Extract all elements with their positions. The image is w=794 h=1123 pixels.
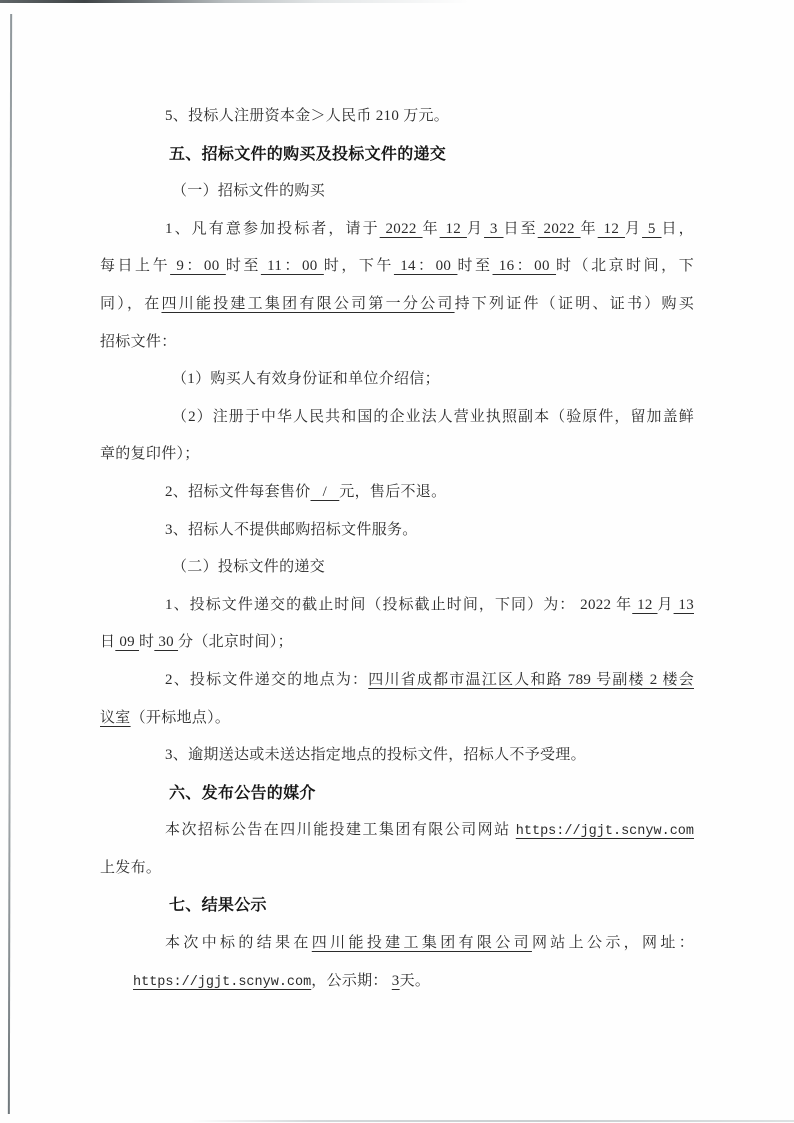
text-run: 2、招标文件每套售价 (165, 484, 311, 500)
text-run: 时（北京时间，下 (556, 258, 694, 274)
text-run: 时，下午 (324, 258, 394, 274)
text-run: 月 (658, 597, 674, 613)
document-body: 5、投标人注册资本金＞人民币 210 万元。五、招标文件的购买及投标文件的递交（… (100, 98, 694, 1000)
url-text[interactable]: https://jgjt.scnyw.com (516, 824, 694, 839)
text-run: 5、投标人注册资本金＞人民币 210 万元。 (165, 108, 449, 124)
text-line: 本次招标公告在四川能投建工集团有限公司网站 https://jgjt.scnyw… (100, 812, 694, 850)
text-line: （2）注册于中华人民共和国的企业法人营业执照副本（验原件，留加盖鲜 (100, 399, 694, 437)
text-line: 议室（开标地点）。 (100, 700, 694, 738)
text-run: 持下列证件（证明、证书）购买 (455, 296, 694, 312)
scan-bottom-edge-artifact (190, 1120, 794, 1122)
text-line: 1、投标文件递交的截止时间（投标截止时间，下同）为： 2022 年 12 月 1… (100, 587, 694, 625)
text-run: 上发布。 (100, 860, 161, 876)
underlined-text-run: 12 (598, 221, 625, 237)
text-line: 招标文件： (100, 324, 694, 362)
text-run: 天。 (400, 973, 431, 989)
text-line: 上发布。 (100, 850, 694, 888)
underlined-text-run: 2022 (380, 221, 423, 237)
underlined-text-run: 12 (632, 597, 657, 613)
document-page: 5、投标人注册资本金＞人民币 210 万元。五、招标文件的购买及投标文件的递交（… (0, 0, 794, 1123)
text-line: 七、结果公示 (100, 887, 694, 925)
scan-left-edge-line (8, 14, 12, 1114)
text-run: （开标地点）。 (131, 710, 231, 726)
underlined-text-run: 2022 (538, 221, 581, 237)
text-run: 时 (139, 634, 154, 650)
scan-top-edge-artifact (0, 0, 470, 3)
text-run: 时至 (457, 258, 492, 274)
text-run: 每日上午 (100, 258, 170, 274)
text-line: （二）投标文件的递交 (100, 549, 694, 587)
underlined-text-run: 议室 (100, 710, 131, 726)
text-run: （二）投标文件的递交 (172, 559, 325, 575)
text-line: 每日上午 9：00 时至 11：00 时，下午 14：00 时至 16：00 时… (100, 248, 694, 286)
text-run: 月 (625, 221, 642, 237)
underlined-text-run: 3 (484, 221, 503, 237)
text-run: 1、投标文件递交的截止时间（投标截止时间，下同）为： 2022 年 (165, 597, 632, 613)
underlined-text-run: 16：00 (493, 258, 557, 274)
text-run: 日 (100, 634, 115, 650)
text-run: 日至 (504, 221, 538, 237)
text-line: 3、逾期送达或未送达指定地点的投标文件，招标人不予受理。 (100, 737, 694, 775)
text-line: 5、投标人注册资本金＞人民币 210 万元。 (100, 98, 694, 136)
underlined-text-run: 13 (674, 597, 694, 613)
underlined-text-run: 四川省成都市温江区人和路 789 号副楼 2 楼会 (368, 672, 694, 688)
text-line: 2、投标文件递交的地点为：四川省成都市温江区人和路 789 号副楼 2 楼会 (100, 662, 694, 700)
underlined-text-run: 5 (642, 221, 661, 237)
text-run: 六、发布公告的媒介 (169, 785, 316, 802)
url-text[interactable]: https://jgjt.scnyw.com (133, 975, 311, 990)
text-line: 本次中标的结果在四川能投建工集团有限公司网站上公示，网址： (100, 925, 694, 963)
text-run: 网站上公示，网址： (532, 935, 694, 951)
underlined-text-run: 3 (392, 973, 400, 989)
text-run: （2）注册于中华人民共和国的企业法人营业执照副本（验原件，留加盖鲜 (172, 409, 694, 425)
text-run: 1、凡有意参加投标者，请于 (165, 221, 380, 237)
underlined-text-run: 四川能投建工集团有限公司 (312, 935, 532, 951)
text-line: （一）招标文件的购买 (100, 173, 694, 211)
text-line: 五、招标文件的购买及投标文件的递交 (100, 136, 694, 174)
text-run: （1）购买人有效身份证和单位介绍信； (172, 371, 440, 387)
text-line: 日 09 时 30 分（北京时间）； (100, 624, 694, 662)
underlined-text-run: 9：00 (170, 258, 226, 274)
text-run: 年 (581, 221, 598, 237)
text-line: 3、招标人不提供邮购招标文件服务。 (100, 512, 694, 550)
text-run: 本次中标的结果在 (165, 935, 312, 951)
text-run: 时至 (226, 258, 261, 274)
text-run: 日， (662, 221, 694, 237)
text-line: https://jgjt.scnyw.com，公示期： 3天。 (100, 963, 694, 1001)
text-line: 同），在四川能投建工集团有限公司第一分公司持下列证件（证明、证书）购买 (100, 286, 694, 324)
underlined-text-run: 12 (440, 221, 467, 237)
text-line: 2、招标文件每套售价 / 元，售后不退。 (100, 474, 694, 512)
text-run: 七、结果公示 (169, 897, 267, 914)
underlined-text-run: 11：00 (261, 258, 324, 274)
text-run: 3、招标人不提供邮购招标文件服务。 (165, 522, 418, 538)
text-run: 3、逾期送达或未送达指定地点的投标文件，招标人不予受理。 (165, 747, 586, 763)
underlined-text-run: 09 (115, 634, 139, 650)
underlined-text-run: 14：00 (394, 258, 458, 274)
text-run: 2、投标文件递交的地点为： (165, 672, 368, 688)
text-line: 1、凡有意参加投标者，请于 2022 年 12 月 3 日至 2022 年 12… (100, 211, 694, 249)
underlined-text-run: 30 (154, 634, 178, 650)
underlined-text-run: 四川能投建工集团有限公司第一分公司 (161, 296, 454, 312)
text-run: 招标文件： (100, 334, 177, 350)
text-run: 本次招标公告在四川能投建工集团有限公司网站 (165, 822, 516, 838)
text-line: 六、发布公告的媒介 (100, 775, 694, 813)
text-run: ，公示期： (311, 973, 392, 989)
text-run: 年 (423, 221, 440, 237)
text-run: 章的复印件）； (100, 446, 200, 462)
text-run: （一）招标文件的购买 (172, 183, 325, 199)
underlined-text-run: / (311, 484, 340, 500)
text-run: 分（北京时间）； (178, 634, 293, 650)
text-line: （1）购买人有效身份证和单位介绍信； (100, 361, 694, 399)
text-line: 章的复印件）； (100, 436, 694, 474)
text-run: 元，售后不退。 (339, 484, 446, 500)
text-run: 同），在 (100, 296, 161, 312)
text-run: 月 (467, 221, 484, 237)
text-run: 五、招标文件的购买及投标文件的递交 (169, 146, 446, 163)
